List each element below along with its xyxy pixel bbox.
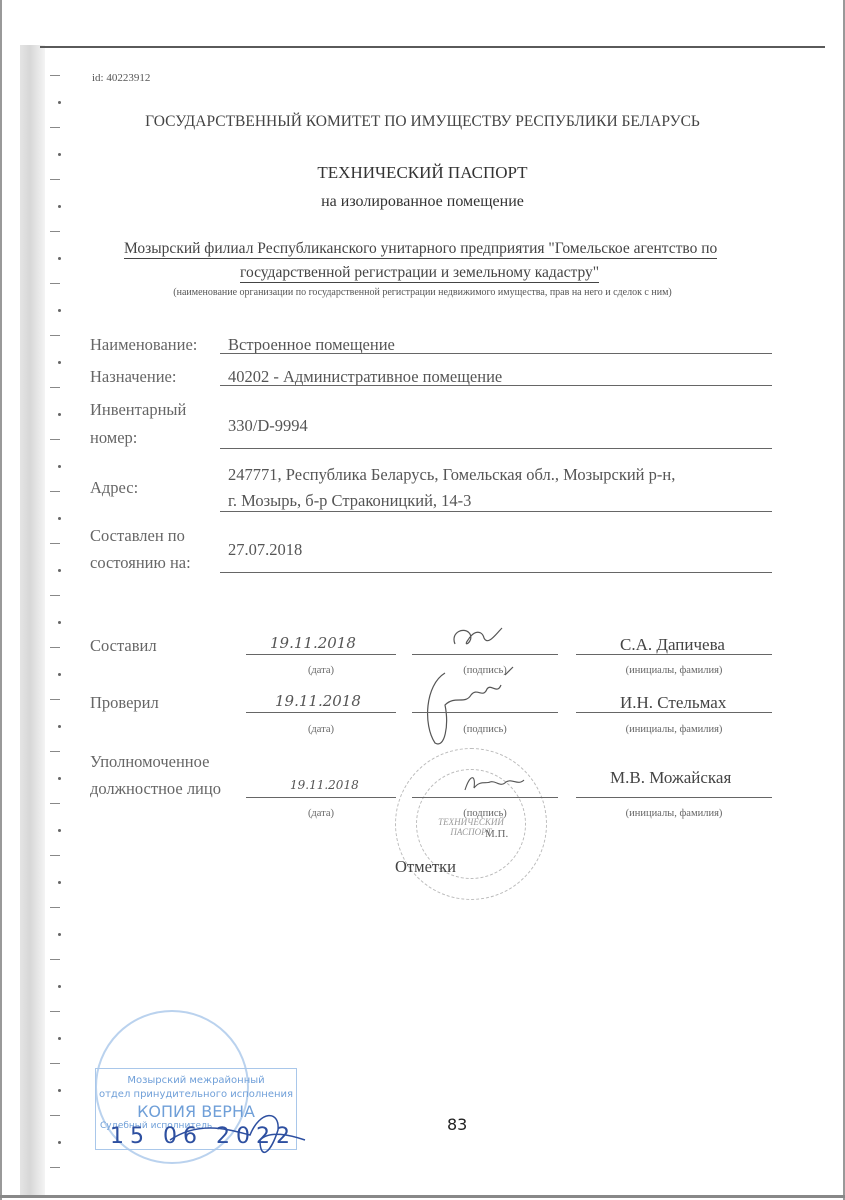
authorized-signature bbox=[460, 770, 530, 798]
checked-name: И.Н. Стельмах bbox=[620, 693, 726, 713]
checked-signature-line bbox=[412, 712, 558, 713]
purpose-label: Назначение: bbox=[90, 367, 176, 387]
name-value: Встроенное помещение bbox=[228, 335, 395, 355]
authorized-signature-line bbox=[412, 797, 558, 798]
checked-signature bbox=[415, 665, 525, 750]
agency-line-1: Мозырский филиал Республиканского унитар… bbox=[124, 240, 717, 259]
address-line-2: г. Мозырь, б-р Страконицкий, 14-3 bbox=[228, 491, 471, 511]
copy-stamp-signature bbox=[160, 1100, 310, 1170]
authorized-label-2: должностное лицо bbox=[90, 779, 221, 799]
checked-date-line bbox=[246, 712, 396, 713]
compiled-signature-line bbox=[412, 654, 558, 655]
authorized-date-line bbox=[246, 797, 396, 798]
inventory-value: 330/D-9994 bbox=[228, 416, 308, 436]
authorized-date-caption: (дата) bbox=[246, 808, 396, 819]
authorized-name: М.В. Можайская bbox=[610, 768, 731, 788]
address-label: Адрес: bbox=[90, 478, 138, 498]
inventory-label-1: Инвентарный bbox=[90, 400, 186, 420]
inventory-label-2: номер: bbox=[90, 428, 137, 448]
agency-line-2: государственной регистрации и земельному… bbox=[240, 264, 599, 283]
authorized-name-line bbox=[576, 797, 772, 798]
name-label: Наименование: bbox=[90, 335, 197, 355]
name-underline bbox=[220, 353, 772, 354]
notes-heading: Отметки bbox=[395, 857, 456, 877]
authorized-signature-caption: (подпись) bbox=[412, 808, 558, 819]
compiled-name: С.А. Дапичева bbox=[620, 635, 725, 655]
state-underline bbox=[220, 572, 772, 573]
checked-signature-caption: (подпись) bbox=[412, 724, 558, 735]
state-label-2: состоянию на: bbox=[90, 553, 191, 573]
compiled-date: 19.11.2018 bbox=[270, 634, 356, 652]
compiled-name-line bbox=[576, 654, 772, 655]
checked-name-caption: (инициалы, фамилия) bbox=[576, 724, 772, 735]
compiled-name-caption: (инициалы, фамилия) bbox=[576, 665, 772, 676]
purpose-value: 40202 - Административное помещение bbox=[228, 367, 502, 387]
agency-caption: (наименование организации по государстве… bbox=[0, 287, 845, 298]
scan-border-bottom bbox=[0, 1195, 845, 1198]
copy-stamp-line2: отдел принудительного исполнения bbox=[96, 1089, 296, 1100]
compiled-signature bbox=[440, 622, 520, 656]
purpose-underline bbox=[220, 385, 772, 386]
document-id: id: 40223912 bbox=[92, 72, 150, 84]
authorized-label-1: Уполномоченное bbox=[90, 752, 209, 772]
copy-stamp-line1: Мозырский межрайонный bbox=[96, 1075, 296, 1086]
address-line-1: 247771, Республика Беларусь, Гомельская … bbox=[228, 465, 675, 485]
state-value: 27.07.2018 bbox=[228, 540, 302, 560]
checked-name-line bbox=[576, 712, 772, 713]
checked-label: Проверил bbox=[90, 693, 159, 713]
state-label-1: Составлен по bbox=[90, 526, 185, 546]
inventory-underline bbox=[220, 448, 772, 449]
scan-edge-shadow bbox=[20, 45, 45, 1195]
compiled-label: Составил bbox=[90, 636, 157, 656]
checked-date-caption: (дата) bbox=[246, 724, 396, 735]
checked-date: 19.11.2018 bbox=[275, 692, 361, 710]
page-number: 83 bbox=[447, 1115, 467, 1134]
address-underline bbox=[220, 511, 772, 512]
compiled-date-line bbox=[246, 654, 396, 655]
seal-placeholder: М.П. bbox=[485, 828, 508, 840]
issuer-heading: ГОСУДАРСТВЕННЫЙ КОМИТЕТ ПО ИМУЩЕСТВУ РЕС… bbox=[0, 113, 845, 131]
document-subtitle: на изолированное помещение bbox=[0, 193, 845, 211]
compiled-date-caption: (дата) bbox=[246, 665, 396, 676]
page-top-rule bbox=[40, 46, 825, 48]
authorized-date: 19.11.2018 bbox=[290, 778, 359, 792]
authorized-name-caption: (инициалы, фамилия) bbox=[576, 808, 772, 819]
document-title: ТЕХНИЧЕСКИЙ ПАСПОРТ bbox=[0, 163, 845, 183]
